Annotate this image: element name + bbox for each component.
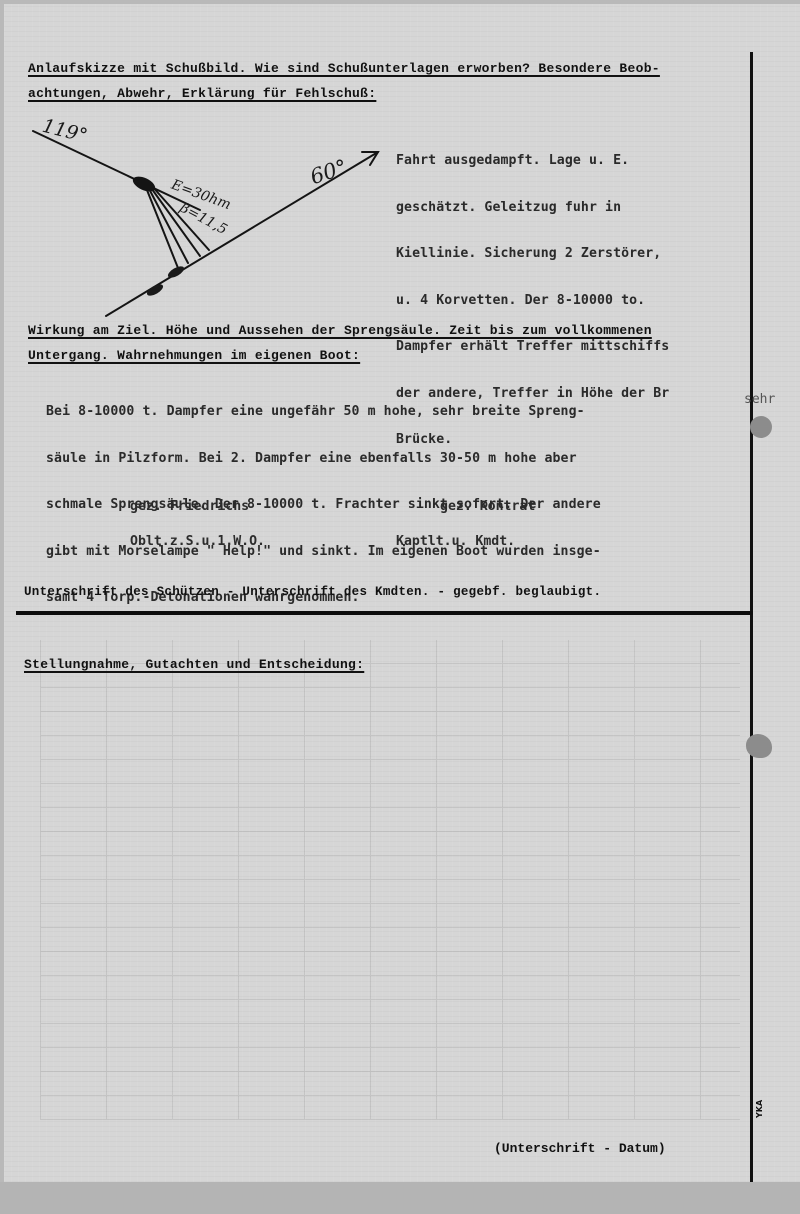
archive-stamp: YKA: [755, 1100, 764, 1118]
signature-right-name: gez. Kontrat: [440, 499, 535, 514]
section1-heading-line1: Anlaufskizze mit Schußbild. Wie sind Sch…: [28, 61, 660, 76]
punch-hole-upper: [750, 416, 772, 438]
section3-heading-text: Stellungnahme, Gutachten und Entscheidun…: [24, 657, 364, 672]
section2-heading-line2: Untergang. Wahrnehmungen im eigenen Boot…: [28, 348, 360, 363]
signature-left-rank: Oblt.z.S.u.1.W.O.: [130, 534, 265, 549]
right-margin-rule-upper: [750, 52, 753, 612]
margin-note: sehr: [744, 392, 775, 407]
section2-heading-line1: Wirkung am Ziel. Höhe und Aussehen der S…: [28, 323, 652, 338]
notes-line: geschätzt. Geleitzug fuhr in: [396, 200, 669, 216]
punch-hole-lower: [746, 734, 772, 758]
signature-footer-line: Unterschrift des Schützen - Unterschrift…: [24, 585, 601, 599]
notes-line: Kiellinie. Sicherung 2 Zerstörer,: [396, 246, 669, 262]
signature-date-caption: (Unterschrift - Datum): [494, 1141, 666, 1156]
notes-line: Fahrt ausgedampft. Lage u. E.: [396, 153, 669, 169]
scan-background: [0, 1182, 800, 1214]
signature-right-rank: Kaptlt.u. Kmdt.: [396, 534, 515, 549]
body-line: säule in Pilzform. Bei 2. Dampfer eine e…: [46, 451, 601, 467]
section2-body: Bei 8-10000 t. Dampfer eine ungefähr 50 …: [46, 373, 601, 621]
section2-heading: Wirkung am Ziel. Höhe und Aussehen der S…: [28, 318, 652, 368]
section1-heading-line2: achtungen, Abwehr, Erklärung für Fehlsch…: [28, 86, 376, 101]
right-margin-rule-lower: [750, 612, 753, 1182]
bleed-through-grid: [40, 640, 740, 1120]
signature-left-name: gez. Friedrichs: [130, 499, 249, 514]
body-line: Bei 8-10000 t. Dampfer eine ungefähr 50 …: [46, 404, 601, 420]
section1-heading: Anlaufskizze mit Schußbild. Wie sind Sch…: [28, 56, 660, 106]
notes-line: u. 4 Korvetten. Der 8-10000 to.: [396, 293, 669, 309]
section3-heading: Stellungnahme, Gutachten und Entscheidun…: [24, 652, 364, 677]
